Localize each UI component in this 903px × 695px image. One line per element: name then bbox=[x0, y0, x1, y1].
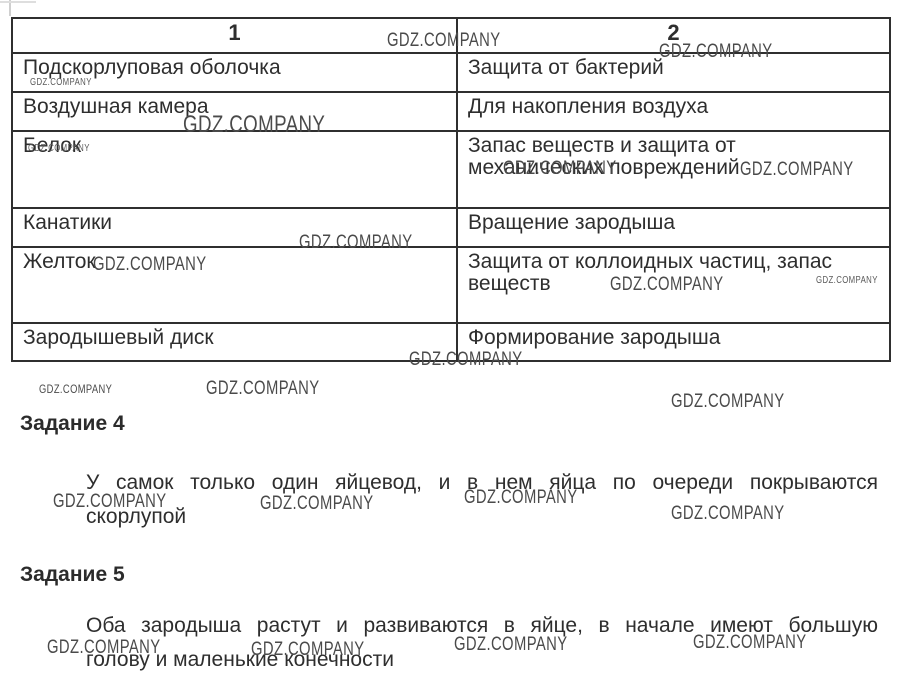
watermark-text: GDZ.COMPANY bbox=[387, 31, 501, 50]
watermark-text: GDZ.COMPANY bbox=[503, 159, 617, 178]
watermark-text: GDZ.COMPANY bbox=[610, 275, 724, 294]
table-cell-function: Для накопления воздуха bbox=[457, 92, 890, 131]
watermark-text: GDZ.COMPANY bbox=[693, 633, 807, 652]
watermark-text: GDZ.COMPANY bbox=[47, 638, 161, 657]
watermark-text: GDZ.COMPANY bbox=[299, 233, 413, 252]
watermark-text: GDZ.COMPANY bbox=[251, 640, 365, 659]
watermark-text: GDZ.COMPANY bbox=[206, 379, 320, 398]
watermark-text: GDZ.COMPANY bbox=[454, 635, 568, 654]
watermark-text: GDZ.COMPANY bbox=[183, 113, 325, 137]
table-cell-term: Желток bbox=[12, 247, 457, 323]
watermark-text: GDZ.COMPANY bbox=[30, 78, 92, 88]
watermark-text: GDZ.COMPANY bbox=[39, 383, 112, 395]
table-cell-term: Зародышевый диск bbox=[12, 323, 457, 361]
table-cell-function: Вращение зародыша bbox=[457, 208, 890, 247]
watermark-text: GDZ.COMPANY bbox=[740, 160, 854, 179]
task-4-heading: Задание 4 bbox=[20, 412, 125, 436]
table-row: Канатики Вращение зародыша bbox=[12, 208, 890, 247]
answers-table: 1 2 Подскорлуповая оболочка Защита от ба… bbox=[11, 17, 891, 362]
watermark-text: GDZ.COMPANY bbox=[659, 42, 773, 61]
task-5-heading: Задание 5 bbox=[20, 563, 125, 587]
watermark-text: GDZ.COMPANY bbox=[28, 144, 90, 154]
watermark-text: GDZ.COMPANY bbox=[93, 255, 207, 274]
watermark-text: GDZ.COMPANY bbox=[260, 494, 374, 513]
watermark-text: GDZ.COMPANY bbox=[671, 504, 785, 523]
scan-artifact-line bbox=[0, 1, 36, 3]
table-row: Воздушная камера Для накопления воздуха bbox=[12, 92, 890, 131]
watermark-text: GDZ.COMPANY bbox=[464, 488, 578, 507]
watermark-text: GDZ.COMPANY bbox=[671, 392, 785, 411]
watermark-text: GDZ.COMPANY bbox=[816, 276, 878, 286]
table-cell-line: Защита от коллоидных частиц, запас bbox=[468, 251, 879, 273]
table-cell-line: Запас веществ и защита от bbox=[468, 135, 879, 157]
watermark-text: GDZ.COMPANY bbox=[53, 492, 167, 511]
watermark-text: GDZ.COMPANY bbox=[409, 350, 523, 369]
document-page: 1 2 Подскорлуповая оболочка Защита от ба… bbox=[0, 0, 903, 695]
